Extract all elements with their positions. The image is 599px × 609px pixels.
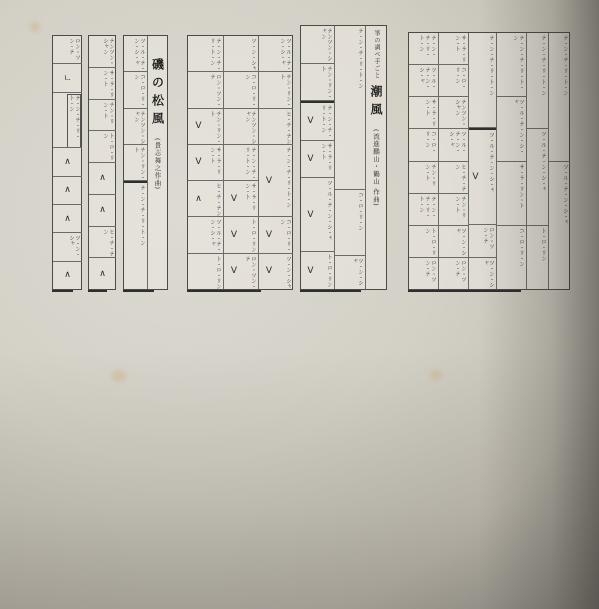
score-column: テ・ン・チ・リ・ト・ン ツ・ル・テ・ン・シ・ャ サ・ラ・リン・ト コ・ロ・リ・ン	[497, 33, 527, 289]
score-panel-shiokaze-title: テンツン・シャン チン・リン・ト Vテ・ン・チ・リ・ト・ン Vサ・ラ・リン・ト …	[300, 25, 387, 290]
score-cell: コ・ロ・リ・ン	[124, 72, 147, 108]
score-cell: テ・ン・チ・リ・ト・ン	[335, 26, 365, 190]
score-cell: テ・ン・チ・リ・ト・ン	[469, 33, 496, 128]
score-cell: ツ・ン・シャ	[335, 256, 365, 289]
score-cell: チン・リン・ト	[89, 100, 116, 132]
score-panel-iso-no-matsukaze-part1: ロン・ツン・テ ㄴ テ・ン・チ・リ・ト・ン ∧ ∧ ∧ ツ・ン・シャ ∧	[52, 35, 82, 290]
score-cell: チン・リン・ト	[259, 72, 293, 108]
score-cell: ∧	[89, 163, 116, 195]
score-cell: テンツン・シャン	[224, 109, 258, 145]
score-cell: テ・ン・チ・リ・ト・ン	[549, 33, 570, 162]
score-cell: ∧	[89, 195, 116, 227]
score-cell: ツ・ン・シャ	[224, 36, 258, 72]
score-cell: Vテ・ン・チ・リ・ト・ン	[301, 101, 334, 141]
score-cell: ロン・ツン・テ	[409, 258, 438, 289]
page-shadow	[0, 349, 599, 609]
score-cell: ヒ・チ・テン	[89, 227, 116, 259]
score-cell: テ・ン・チ・リ・ト・ン	[409, 194, 438, 226]
score-cell: チン・リン・ト	[301, 64, 334, 102]
score-cell: Vサ・ラ・リン・ト	[188, 145, 223, 181]
paper-stain	[30, 22, 40, 32]
score-cell: コ・ロ・リ・ン	[335, 190, 365, 256]
score-cell: テ・ン・チ・リ・ト・ン	[188, 36, 223, 72]
score-cell: テンツン・シャン	[301, 26, 334, 64]
score-cell: Vチン・リン・ト	[188, 109, 223, 145]
score-column: ツ・ル・テ・ン・シ・ャ チン・リン・ト ヒ・チ・テン Vテ・ン・チ・リ・ト・ン …	[259, 36, 293, 289]
score-cell: テンツン・シャン	[124, 109, 147, 145]
score-cell: テンツン・シャン	[439, 97, 468, 129]
score-column: テンツン・シャン サ・ラ・リン・ト チン・リン・ト ト・ロ・リン ∧ ∧ ヒ・チ…	[89, 36, 116, 289]
piece-title: 潮風	[368, 85, 385, 121]
score-cell: テ・ン・チ・リ・ト・ン	[224, 145, 258, 181]
score-cell: ロン・ツン・テ	[439, 258, 468, 289]
score-cell: ト・ロ・リン	[89, 131, 116, 163]
score-cell: ツ・ン・シャ	[439, 226, 468, 258]
score-column: テ・ン・チ・リ・ト・ン ツ・ル・テ・ン・シ・ャ サ・ラ・リン・ト コ・ロ・リ・ン…	[409, 33, 439, 289]
score-cell: ツ・ン・シャ	[469, 258, 496, 289]
score-cell: ト・ロ・リン	[527, 226, 548, 290]
score-cell: テ・ン・チ・リ・ト・ン	[124, 181, 147, 289]
score-panel-iso-no-matsukaze-part2: テンツン・シャン サ・ラ・リン・ト チン・リン・ト ト・ロ・リン ∧ ∧ ヒ・チ…	[88, 35, 116, 290]
piece-preface: 箏の調べ手ごと	[372, 30, 381, 79]
score-cell: ツ・ル・テ・ン・シ・ャ	[439, 129, 468, 161]
score-cell: Vト・ロ・リン	[224, 217, 258, 253]
score-cell: ツ・ル・テ・ン・シ・ャ	[549, 162, 570, 290]
score-cell: ∧	[53, 148, 82, 176]
score-cell: ツ・ン・シャ	[53, 233, 82, 261]
score-cell: Vツ・ン・シャ	[259, 254, 293, 289]
score-cell: ∧	[89, 258, 116, 289]
score-cell: Vツ・ル・テ・ン・シ・ャ	[469, 128, 496, 225]
score-cell: ツ・ル・テ・ン・シ・ャ	[188, 217, 223, 253]
score-cell: チン・リン・ト	[124, 145, 147, 181]
score-cell: コ・ロ・リ・ン	[439, 65, 468, 97]
score-cell: テ・ン・チ・リ・ト・ン	[53, 93, 82, 149]
title-column: 磯の松風 (貴志舞之作曲)	[148, 36, 168, 289]
score-cell: ヒ・チ・テン	[259, 109, 293, 145]
score-cell: コ・ロ・リ・ン	[224, 72, 258, 108]
score-cell: Vロン・ツン・テ	[224, 254, 258, 289]
score-cell: コ・ロ・リ・ン	[409, 129, 438, 161]
score-cell: テ・ン・チ・リ・ト・ン	[497, 33, 526, 97]
score-cell: サ・ラ・リン・ト	[409, 97, 438, 129]
score-cell: ロン・ツン・テ	[469, 225, 496, 257]
score-column: テンツン・シャン チン・リン・ト Vテ・ン・チ・リ・ト・ン Vサ・ラ・リン・ト …	[301, 26, 335, 289]
score-cell: ツ・ル・テ・ン・シ・ャ	[124, 36, 147, 72]
score-cell: Vツ・ル・テ・ン・シ・ャ	[301, 178, 334, 252]
score-cell: ト・ロ・リン	[409, 226, 438, 258]
score-cell: チン・リン・ト	[439, 194, 468, 226]
score-cell: ∧	[53, 262, 82, 289]
paper-stain	[112, 370, 126, 382]
score-cell: テ・ン・チ・リ・ト・ン	[527, 33, 548, 129]
score-cell: ト・ロ・リン	[188, 254, 223, 289]
score-cell: Vサ・ラ・リン・ト	[224, 181, 258, 217]
score-column: テ・ン・チ・リ・ト・ン コ・ロ・リ・ン ツ・ン・シャ	[335, 26, 366, 289]
piece-attribution: (流進鵬山・鶴山 作曲)	[372, 129, 381, 207]
score-cell: Vサ・ラ・リン・ト	[301, 141, 334, 179]
paper-stain	[430, 370, 442, 380]
score-cell: テンツン・シャン	[89, 36, 116, 68]
score-column: テ・ン・チ・リ・ト・ン ツ・ル・テ・ン・シ・ャ	[549, 33, 570, 289]
score-column: ロン・ツン・テ ㄴ テ・ン・チ・リ・ト・ン ∧ ∧ ∧ ツ・ン・シャ ∧	[53, 36, 82, 289]
score-cell: サ・ラ・リン・ト	[439, 33, 468, 65]
score-cell: ∧ヒ・チ・テン	[188, 181, 223, 217]
score-column: ツ・ル・テ・ン・シ・ャ コ・ロ・リ・ン テンツン・シャン チン・リン・ト テ・ン…	[124, 36, 148, 289]
score-panel-iso-no-matsukaze-title: ツ・ル・テ・ン・シ・ャ コ・ロ・リ・ン テンツン・シャン チン・リン・ト テ・ン…	[123, 35, 168, 290]
score-cell: Vコ・ロ・リ・ン	[259, 217, 293, 253]
score-cell: ㄴ	[53, 64, 82, 92]
score-cell: ∧	[53, 177, 82, 205]
score-cell: コ・ロ・リ・ン	[497, 226, 526, 289]
piece-attribution: (貴志舞之作曲)	[154, 138, 163, 190]
score-panel-right: テ・ン・チ・リ・ト・ン ツ・ル・テ・ン・シ・ャ サ・ラ・リン・ト コ・ロ・リ・ン…	[408, 32, 570, 290]
score-cell: ツ・ル・テ・ン・シ・ャ	[409, 65, 438, 97]
score-cell: ロン・ツン・テ	[53, 36, 82, 64]
score-panel-middle: テ・ン・チ・リ・ト・ン ロン・ツン・テ Vチン・リン・ト Vサ・ラ・リン・ト ∧…	[187, 35, 293, 290]
score-cell: Vト・ロ・リン	[301, 252, 334, 289]
score-column: サ・ラ・リン・ト コ・ロ・リ・ン テンツン・シャン ツ・ル・テ・ン・シ・ャ ヒ・…	[439, 33, 469, 289]
score-column: テ・ン・チ・リ・ト・ン ロン・ツン・テ Vチン・リン・ト Vサ・ラ・リン・ト ∧…	[188, 36, 224, 289]
score-cell: チン・リン・ト	[409, 162, 438, 194]
score-column: テ・ン・チ・リ・ト・ン Vツ・ル・テ・ン・シ・ャ ロン・ツン・テ ツ・ン・シャ	[469, 33, 497, 289]
score-cell: ヒ・チ・テン	[439, 162, 468, 194]
score-column: テ・ン・チ・リ・ト・ン ツ・ル・テ・ン・シ・ャ ト・ロ・リン	[527, 33, 549, 289]
score-cell: テ・ン・チ・リ・ト・ン	[409, 33, 438, 65]
score-column: ツ・ン・シャ コ・ロ・リ・ン テンツン・シャン テ・ン・チ・リ・ト・ン Vサ・ラ…	[224, 36, 259, 289]
piece-title: 磯の松風	[150, 58, 167, 130]
score-cell: サ・ラ・リン・ト	[89, 68, 116, 100]
title-column: 箏の調べ手ごと 潮風 (流進鵬山・鶴山 作曲)	[366, 26, 387, 289]
score-cell: ∧	[53, 205, 82, 233]
score-cell: ロン・ツン・テ	[188, 72, 223, 108]
score-cell: ツ・ル・テ・ン・シ・ャ	[527, 129, 548, 225]
score-cell: Vテ・ン・チ・リ・ト・ン	[259, 145, 293, 217]
score-cell: ツ・ル・テ・ン・シ・ャ	[497, 97, 526, 161]
score-cell: ツ・ル・テ・ン・シ・ャ	[259, 36, 293, 72]
score-cell: サ・ラ・リン・ト	[497, 162, 526, 226]
